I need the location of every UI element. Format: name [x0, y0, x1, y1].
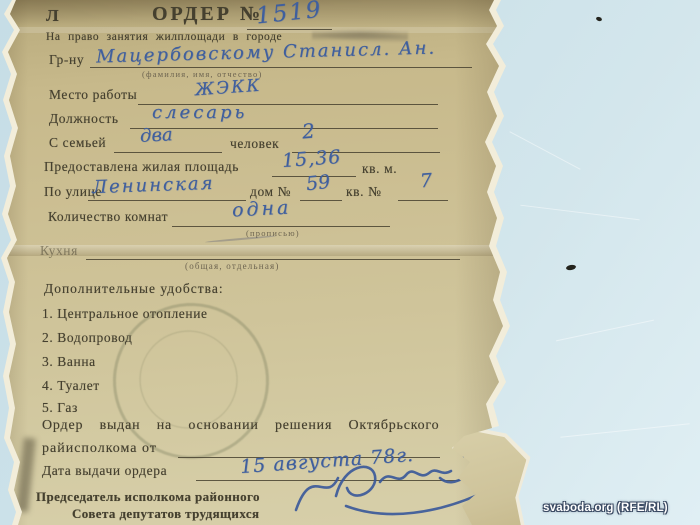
basis-line2: райисполкома от: [42, 441, 157, 457]
order-document-paper: Л ОРДЕР № 1519 На право занятия жилплоща…: [0, 0, 700, 525]
family-label: С семьей: [49, 135, 106, 151]
table-scratch: [520, 205, 639, 221]
field-underline: [88, 200, 246, 201]
area-suffix: кв. м.: [362, 161, 397, 177]
amenity-item: 1. Центральное отопление: [42, 306, 208, 322]
family-count-digit-handwritten: 2: [301, 118, 316, 143]
field-underline: [398, 200, 448, 201]
amenity-item: 5. Газ: [42, 400, 78, 416]
family-suffix: человек: [230, 136, 279, 152]
table-scratch: [560, 423, 689, 438]
watermark: svaboda.org (RFE/RL): [543, 502, 668, 514]
field-underline: [300, 200, 342, 201]
signer-line1: Председатель исполкома районного: [36, 489, 260, 505]
amenities-title: Дополнительные удобства:: [44, 281, 224, 297]
field-underline: [114, 152, 222, 153]
amenity-item: 2. Водопровод: [42, 330, 133, 346]
field-underline: [86, 259, 460, 260]
table-scratch: [556, 320, 654, 342]
workplace-label: Место работы: [49, 87, 137, 103]
rooms-value-handwritten: одна: [231, 196, 291, 221]
issue-date-label: Дата выдачи ордера: [42, 463, 167, 479]
grantee-label: Гр-ну: [49, 52, 84, 68]
rooms-label: Количество комнат: [48, 209, 168, 225]
apt-label: кв. №: [346, 184, 382, 200]
field-underline: [172, 226, 390, 227]
basis-line1: Ордер выдан на основании решения Октябрь…: [42, 418, 439, 434]
field-underline: [130, 128, 438, 129]
dirt-speck: [566, 264, 577, 271]
intro-line: На право занятия жилплощади в городе: [46, 31, 282, 43]
family-count-words-handwritten: два: [139, 124, 173, 147]
position-handwritten: слесарь: [152, 102, 247, 123]
paper-crease: [0, 245, 700, 256]
house-number-handwritten: 59: [305, 171, 331, 195]
paper-tear-shadow: [16, 438, 36, 513]
corner-letter: Л: [46, 6, 59, 26]
dirt-speck: [595, 16, 602, 22]
position-label: Должность: [49, 111, 119, 127]
table-scratch: [509, 131, 580, 169]
signer-line2: Совета депутатов трудящихся: [72, 506, 259, 522]
paper-top-shadow: [0, 0, 700, 28]
street-handwritten: Ленинская: [92, 173, 215, 198]
field-underline: [90, 67, 472, 68]
amenity-item: 4. Туалет: [42, 378, 100, 394]
photo-of-housing-order: Л ОРДЕР № 1519 На право занятия жилплоща…: [0, 0, 700, 525]
amenity-item: 3. Ванна: [42, 354, 96, 370]
order-number-handwritten: 1519: [255, 0, 324, 29]
kitchen-label: Кухня: [40, 243, 78, 259]
document-title: ОРДЕР №: [152, 3, 263, 26]
apt-number-handwritten: 7: [419, 170, 433, 193]
workplace-handwritten: ЖЭКК: [194, 76, 262, 101]
pen-dash-mark: [205, 235, 277, 243]
area-value-handwritten: 15,36: [281, 146, 342, 172]
kitchen-hint: (общая, отдельная): [185, 261, 280, 271]
